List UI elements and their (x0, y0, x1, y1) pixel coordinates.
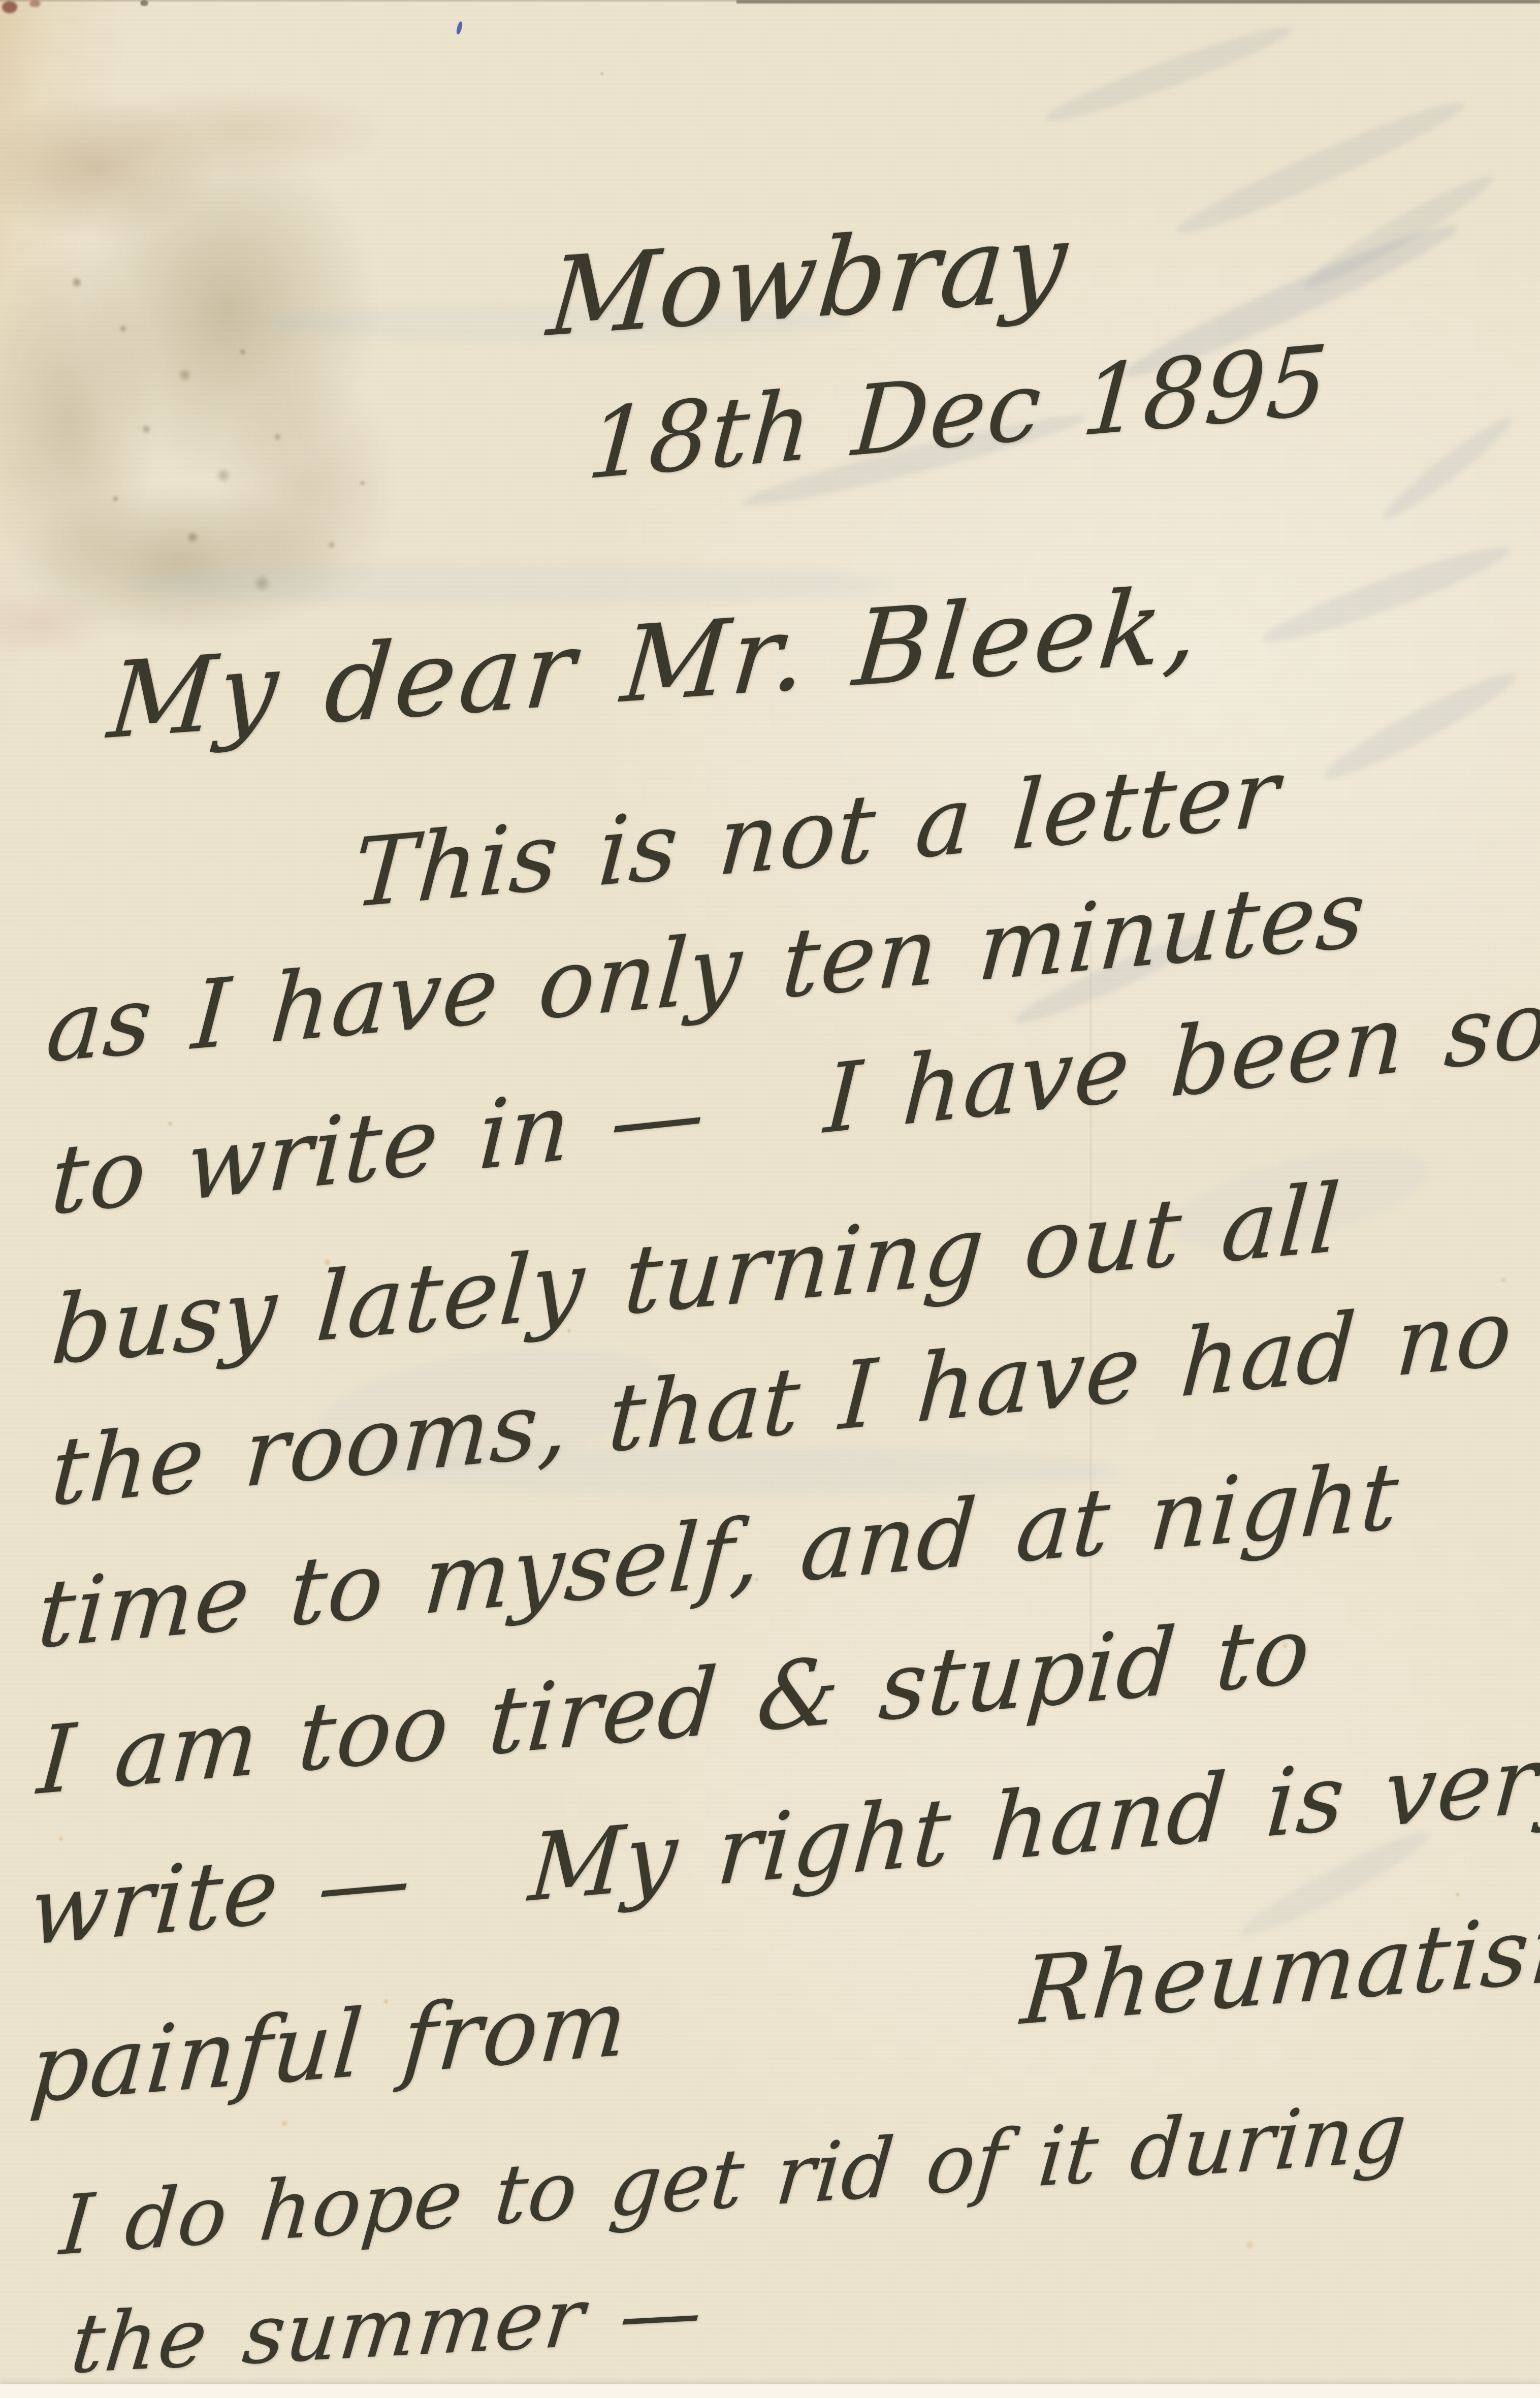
scan-bottom-edge (0, 2384, 1540, 2398)
scan-top-edge-line (0, 0, 1540, 2)
red-stain-speck (2, 1, 17, 13)
scanned-letter-page: Mowbray 18th Dec 1895 My dear Mr. Bleek,… (0, 0, 1540, 2398)
